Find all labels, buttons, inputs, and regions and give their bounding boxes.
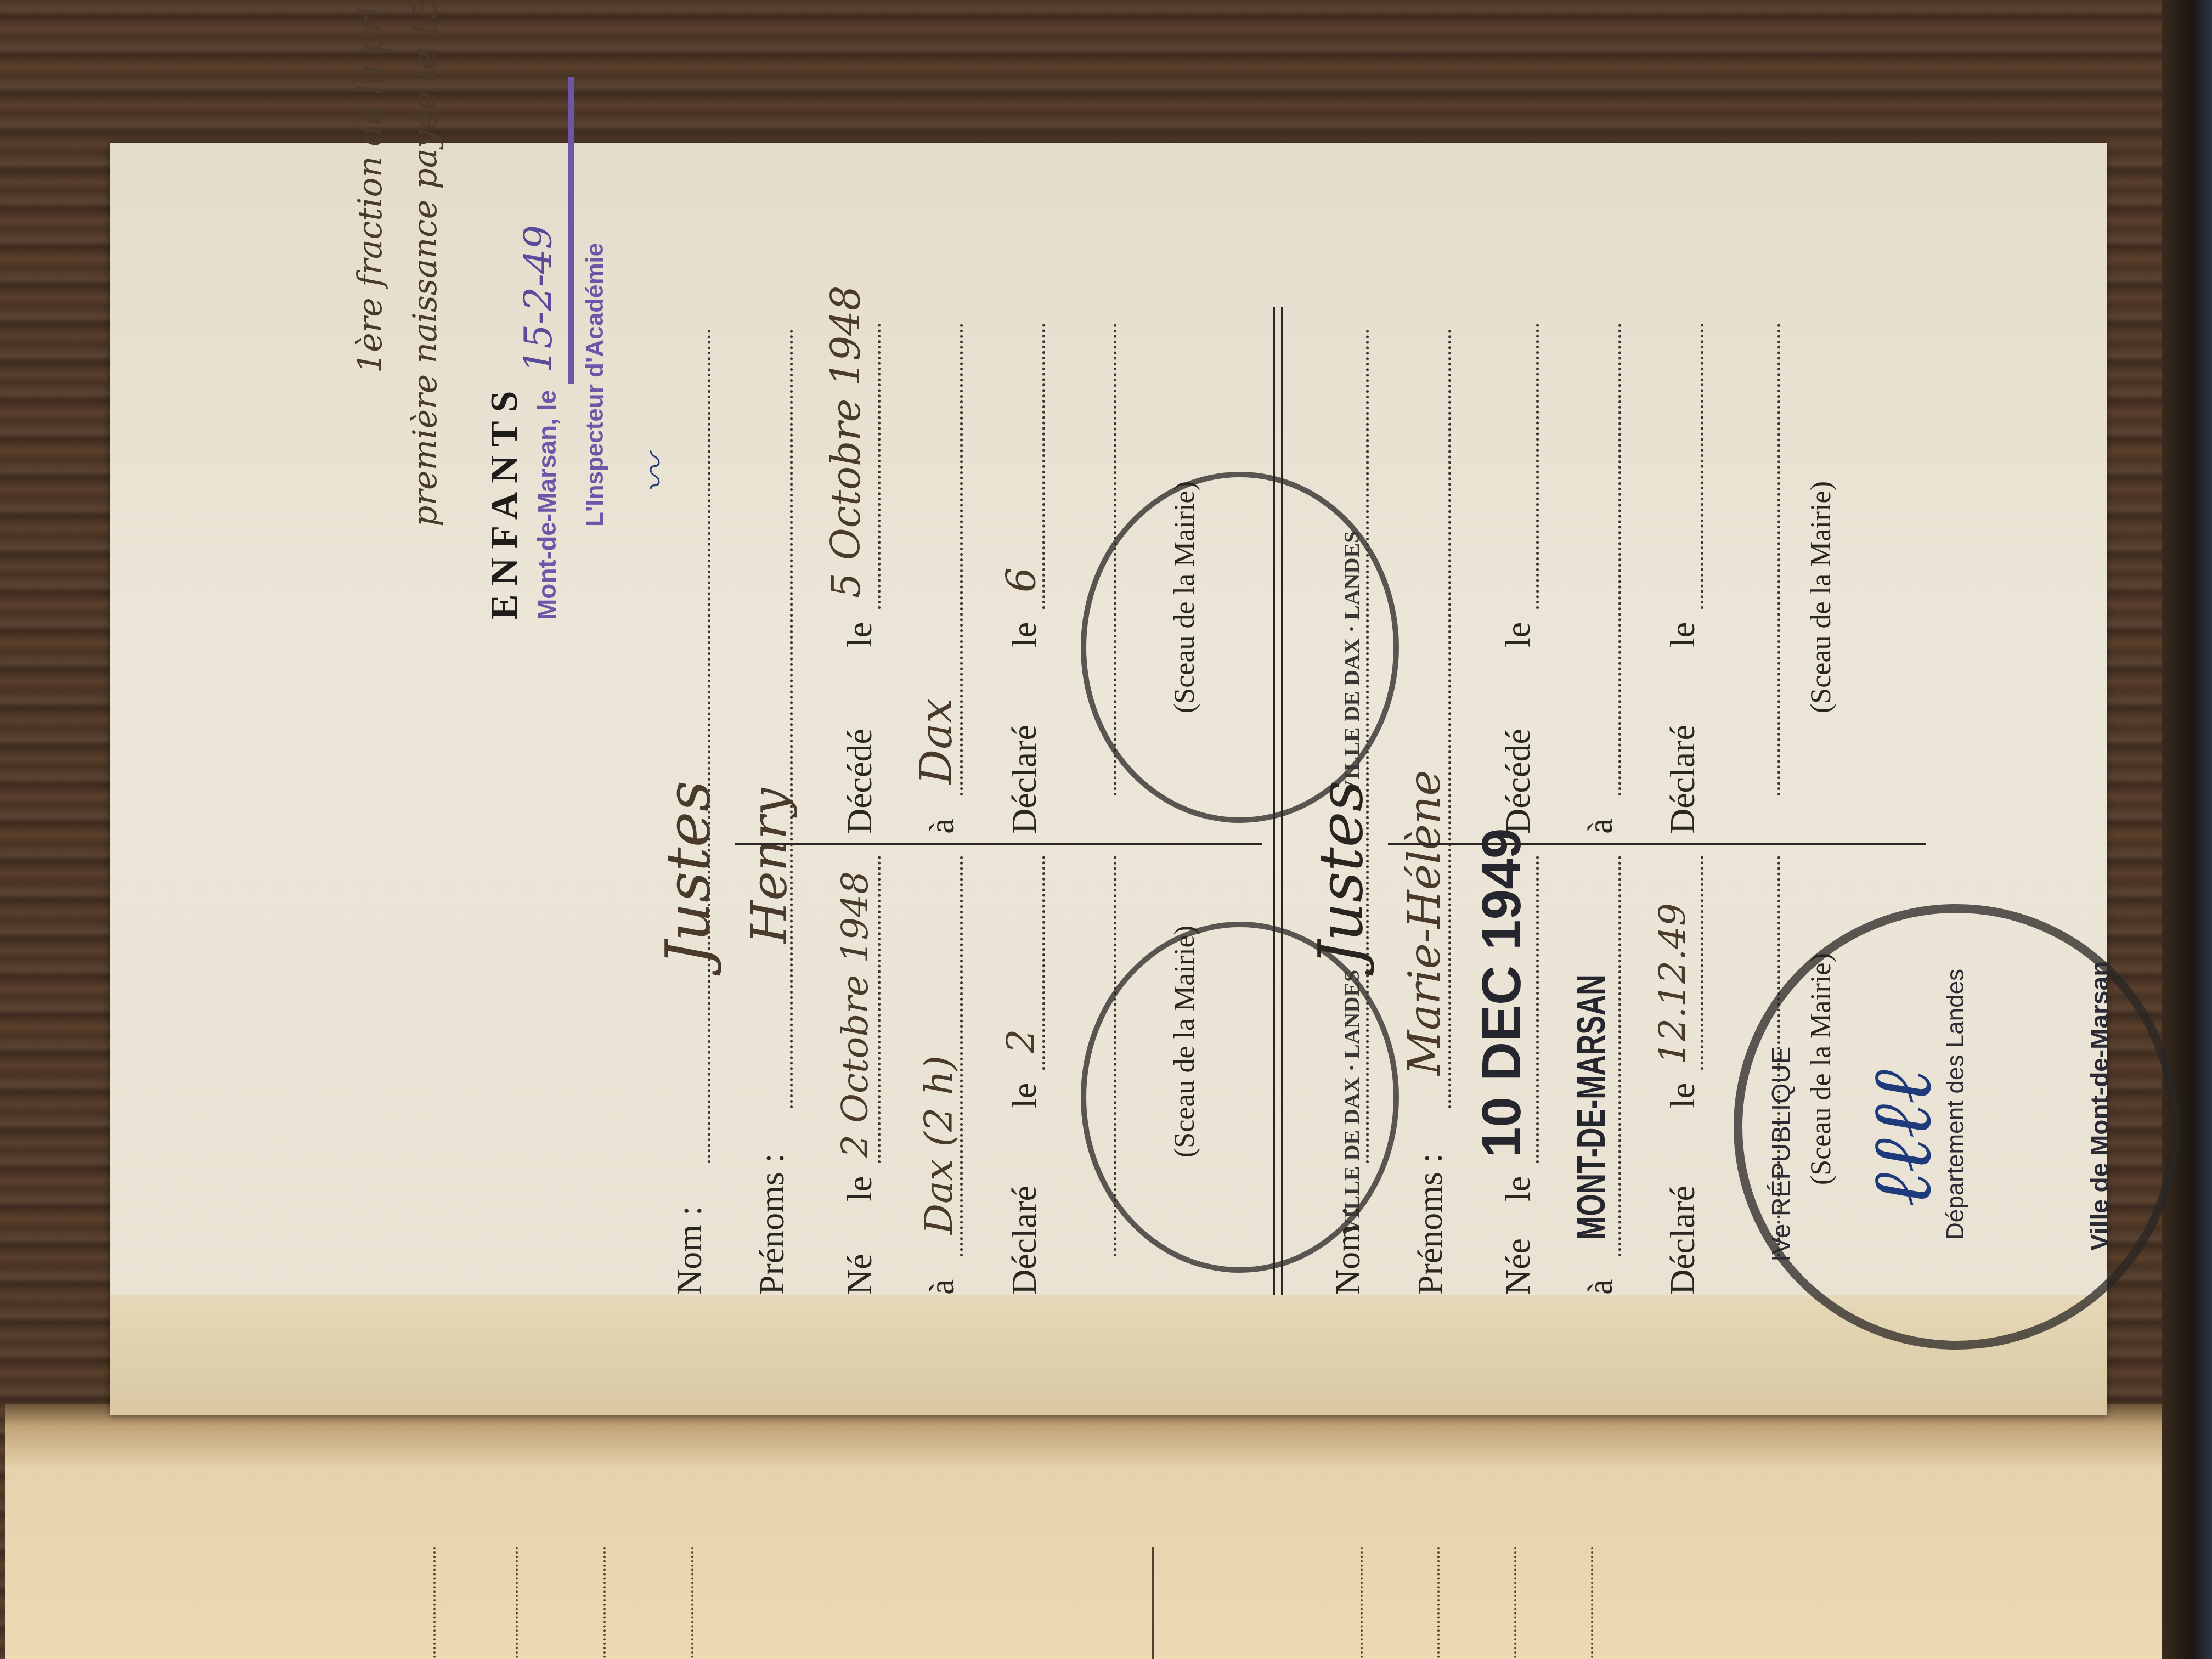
child-separator [1273, 307, 1275, 1295]
next-page-edge [5, 1404, 2162, 1659]
child1-declared-date: 2 [998, 1029, 1043, 1053]
child2-prenoms-label: Prénoms : [1410, 1153, 1451, 1295]
page-yellowed-edge [110, 1295, 2107, 1415]
child1-nom-label: Nom : [669, 1206, 710, 1295]
page-title: ENFANTS [483, 382, 527, 620]
child2-death-place-field [1618, 324, 1621, 795]
wood-edge [2162, 0, 2212, 1659]
child2-birth-date-stamp: 10 DEC 1949 [1470, 828, 1533, 1158]
child1-prenoms-label: Prénoms : [752, 1153, 792, 1295]
inspector-stamp-signatory: L'Inspecteur d'Académie [582, 243, 609, 527]
child2-death-declared-field [1701, 324, 1703, 609]
child1-birth-date: 2 Octobre 1948 [834, 871, 876, 1158]
child2-prenoms-value: Marie-Hélène [1399, 770, 1450, 1075]
child1-prenoms-value: Henry [741, 788, 798, 944]
child1-ne-label: Né [839, 1254, 880, 1295]
child2-birth-place-stamp: MONT-DE-MARSAN [1569, 974, 1614, 1240]
inspector-stamp-date: 15-2-49 [516, 225, 561, 373]
child1-death-declared: 6 [998, 567, 1045, 592]
inspector-stamp-place: Mont-de-Marsan, le [532, 390, 562, 620]
column-divider [735, 843, 1262, 845]
stamp-underline [568, 77, 574, 384]
mayor-signature: ℓℓℓℓ [1854, 1070, 1950, 1207]
child2-nom-value: Justes [1306, 781, 1376, 966]
child2-ne-label: Née [1498, 1238, 1538, 1295]
document-page-wrapper: 1ère fraction de la prime à la première … [110, 143, 2107, 1415]
inspector-signature: 〰 [625, 455, 681, 494]
child1-birth-place: Dax (2 h) [916, 1056, 961, 1234]
child1-death-place: Dax [911, 698, 962, 785]
annotation-line-1: 1ère fraction de la prime à la [351, 0, 390, 373]
annotation-line-2: première naissance payée le 15.2.49 [406, 0, 444, 527]
livret-page-enfants: 1ère fraction de la prime à la première … [110, 143, 2107, 1415]
child1-nom-value: Justes [653, 781, 723, 966]
child2-death-date-field [1536, 324, 1539, 609]
child2-nom-label: Nom : [1328, 1206, 1368, 1295]
child1-death-date: 5 Octobre 1948 [823, 285, 869, 598]
child1-seal-label: (Sceau de la Mairie) [1169, 926, 1201, 1158]
child2-declared-date: 12.12.49 [1651, 903, 1694, 1064]
